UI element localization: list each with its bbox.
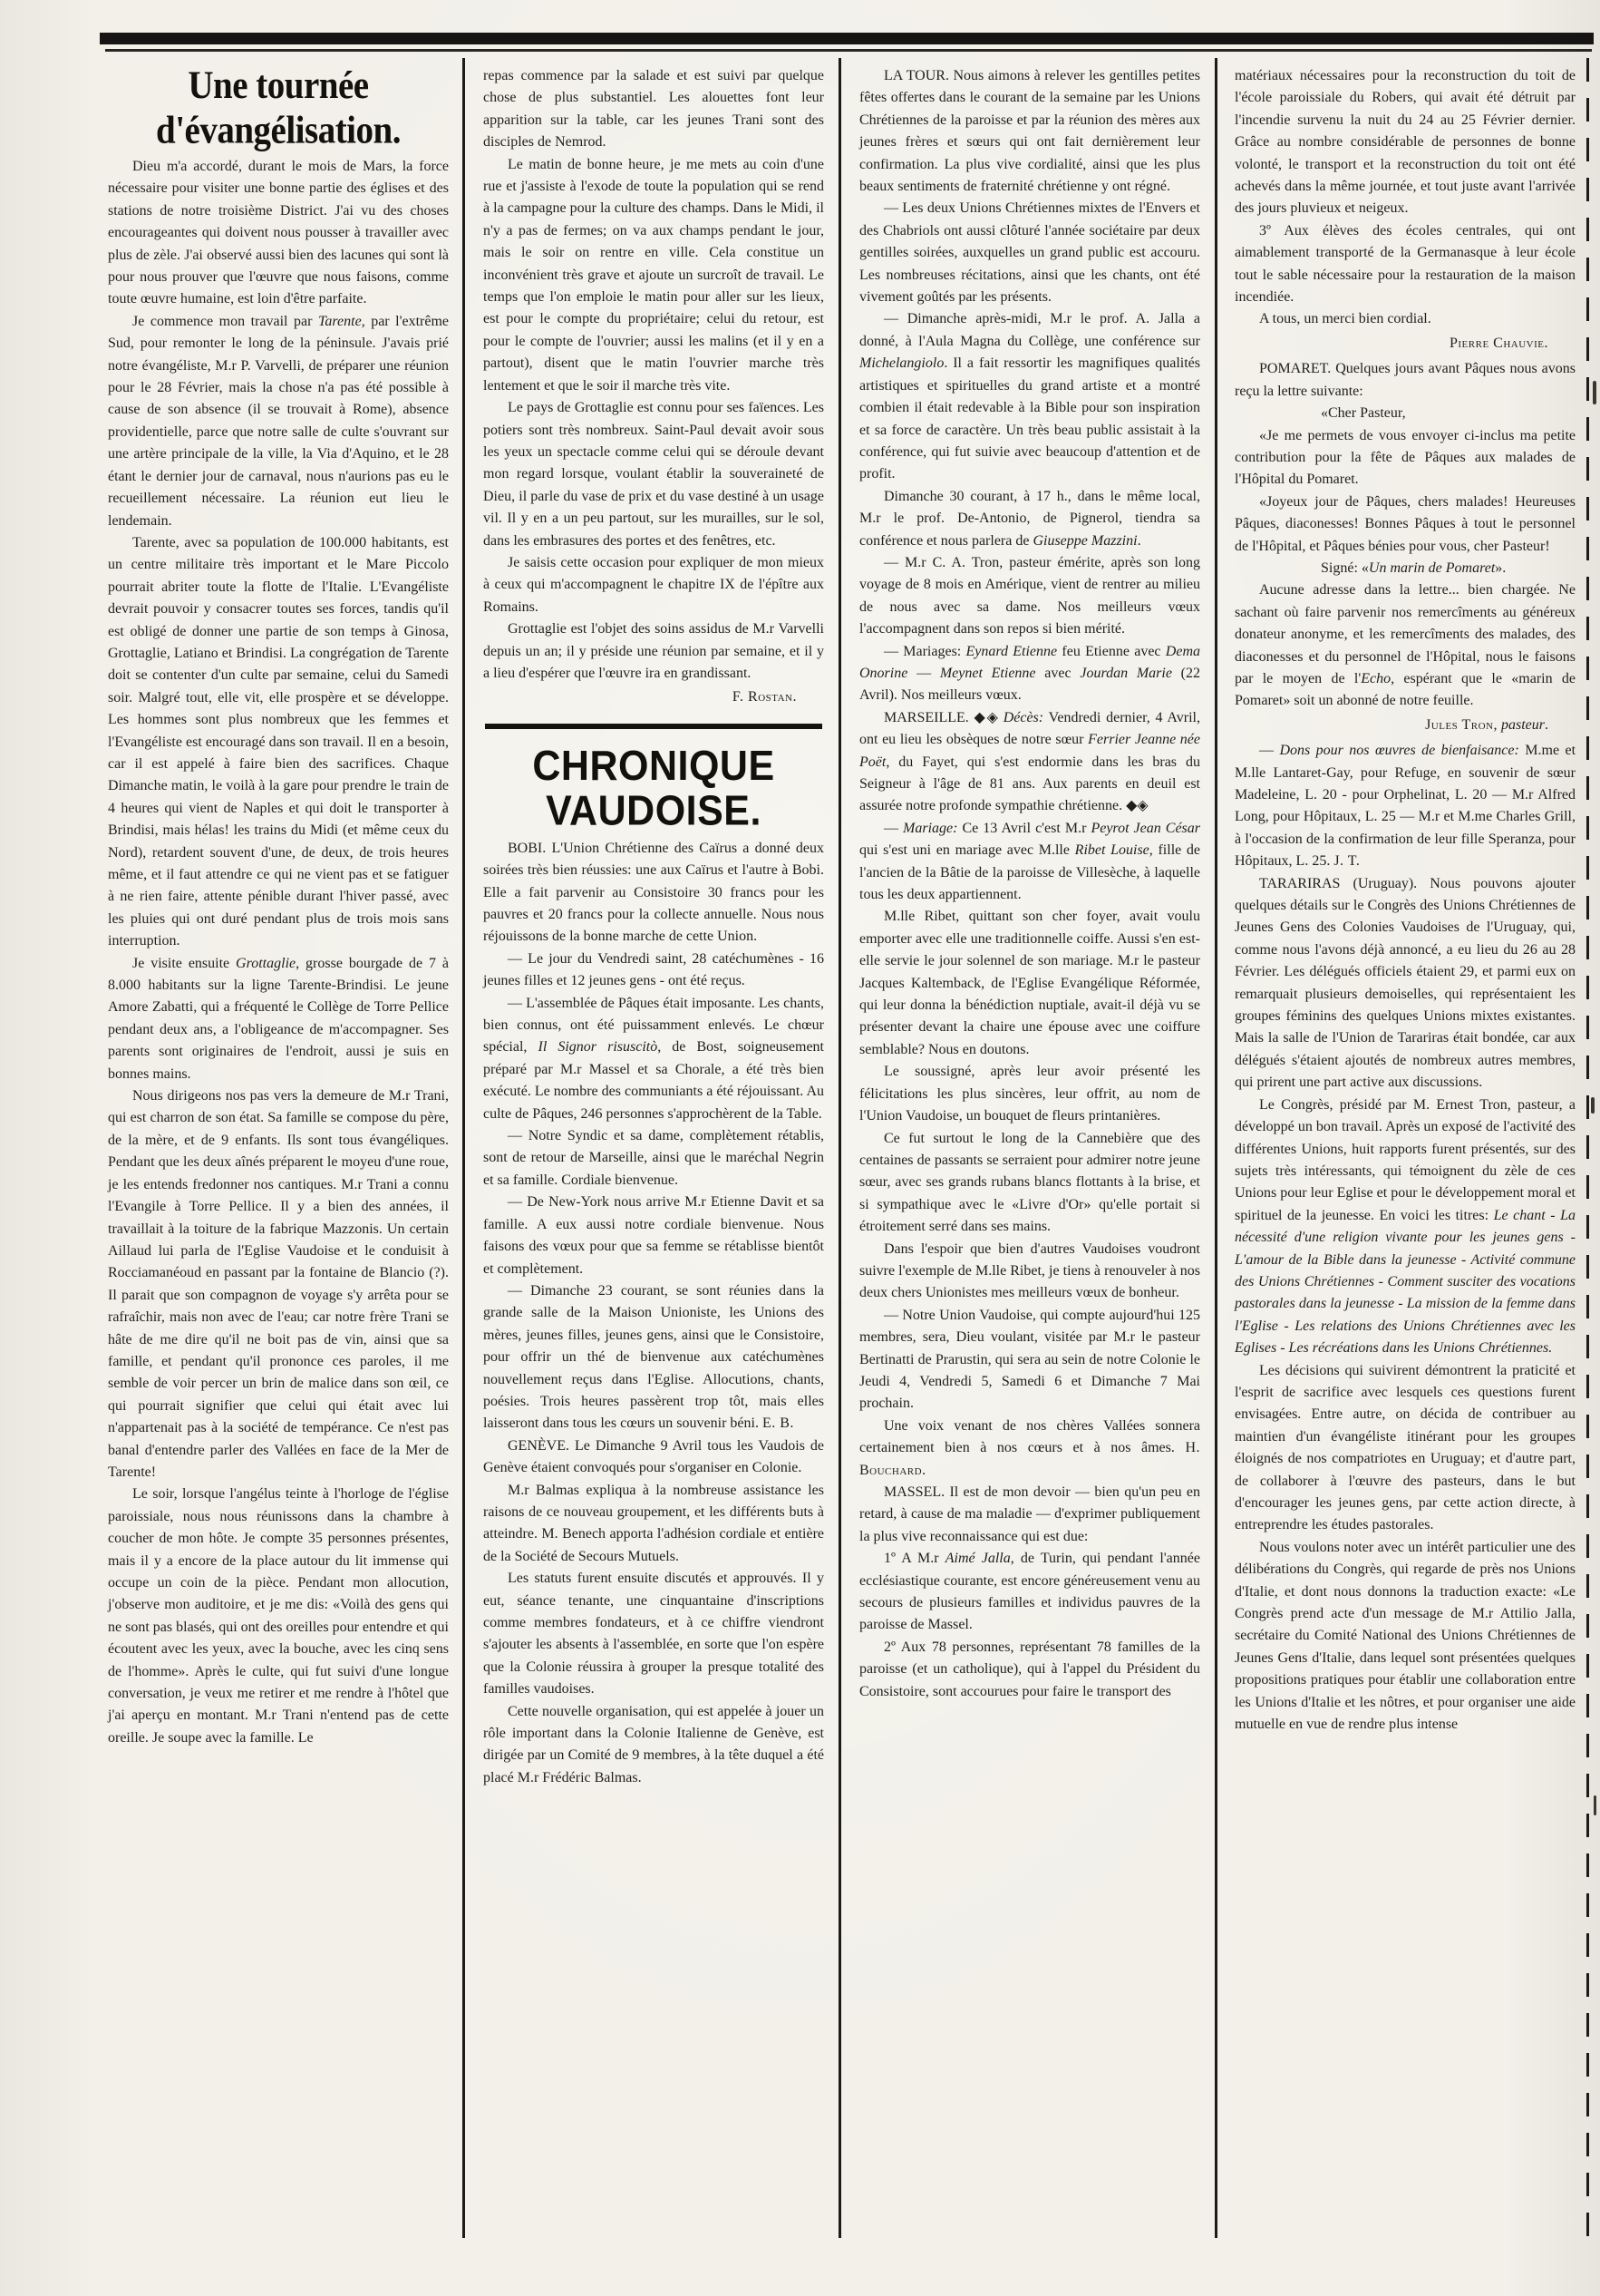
paragraph: BOBI. L'Union Chrétienne des Caïrus a do… [483, 838, 824, 949]
paragraph: TARARIRAS (Uruguay). Nous pouvons ajoute… [1235, 873, 1576, 1094]
paragraph: Nous voulons noter avec un intérêt parti… [1235, 1537, 1576, 1737]
scan-artifact [1594, 1795, 1596, 1815]
paragraph: 2º Aux 78 personnes, représentant 78 fam… [859, 1637, 1200, 1703]
scan-artifact [1593, 381, 1596, 404]
paragraph: «Je me permets de vous envoyer ci-inclus… [1235, 425, 1576, 491]
paragraph: Je saisis cette occasion pour expliquer … [483, 552, 824, 618]
paragraph: — Notre Syndic et sa dame, complètement … [483, 1125, 824, 1192]
paragraph: A tous, un merci bien cordial. [1235, 308, 1576, 330]
column-4: matériaux nécessaires pour la reconstruc… [1235, 65, 1576, 1736]
paragraph: Dimanche 30 courant, à 17 h., dans le mê… [859, 486, 1200, 552]
section-heading: CHRONIQUE VAUDOISE. [483, 744, 824, 833]
section: CHRONIQUE VAUDOISE. [483, 724, 824, 827]
paragraph: MARSEILLE. ◆◈ Décès: Vendredi dernier, 4… [859, 707, 1200, 818]
article-title: Une tournée d'évangélisation. [108, 63, 449, 153]
paragraph: LA TOUR. Nous aimons à relever les genti… [859, 65, 1200, 198]
masthead-rule-thin [105, 49, 1592, 52]
paragraph: — M.r C. A. Tron, pasteur émérite, après… [859, 552, 1200, 641]
paragraph: — De New-York nous arrive M.r Etienne Da… [483, 1192, 824, 1280]
newspaper-page: Une tournée d'évangélisation.Dieu m'a ac… [0, 0, 1600, 2296]
paragraph: Le Congrès, présidé par M. Ernest Tron, … [1235, 1094, 1576, 1360]
paragraph: Le matin de bonne heure, je me mets au c… [483, 154, 824, 397]
paragraph: M.r Balmas expliqua à la nombreuse assis… [483, 1480, 824, 1569]
paragraph: matériaux nécessaires pour la reconstruc… [1235, 65, 1576, 220]
paragraph: Le soir, lorsque l'angélus teinte à l'ho… [108, 1484, 449, 1749]
paragraph: Dans l'espoir que bien d'autres Vaudoise… [859, 1239, 1200, 1305]
paragraph: — L'assemblée de Pâques était imposante.… [483, 993, 824, 1125]
paragraph: Tarente, avec sa population de 100.000 h… [108, 532, 449, 953]
paragraph: GENÈVE. Le Dimanche 9 Avril tous les Vau… [483, 1435, 824, 1480]
paragraph: — Mariages: Eynard Etienne feu Etienne a… [859, 641, 1200, 707]
column-3: LA TOUR. Nous aimons à relever les genti… [859, 65, 1200, 1703]
signature: Jules Tron, pasteur. [1235, 715, 1548, 736]
paragraph: Une voix venant de nos chères Vallées so… [859, 1416, 1200, 1482]
column-divider-3 [1215, 58, 1217, 2238]
paragraph: Le soussigné, après leur avoir présenté … [859, 1061, 1200, 1127]
signature: Pierre Chauvie. [1235, 333, 1548, 355]
column-2: repas commence par la salade et est suiv… [483, 65, 824, 1789]
paragraph: — Dimanche après-midi, M.r le prof. A. J… [859, 308, 1200, 485]
signature: F. Rostan. [483, 686, 797, 708]
paragraph: «Cher Pasteur, [1235, 403, 1576, 424]
paragraph: Nous dirigeons nos pas vers la demeure d… [108, 1085, 449, 1484]
scan-artifact [1591, 1097, 1595, 1114]
paragraph: Le pays de Grottaglie est connu pour ses… [483, 397, 824, 552]
column-1: Une tournée d'évangélisation.Dieu m'a ac… [108, 60, 449, 1749]
paragraph: repas commence par la salade et est suiv… [483, 65, 824, 154]
paragraph: Aucune adresse dans la lettre... bien ch… [1235, 579, 1576, 712]
column-divider-2 [839, 58, 841, 2238]
paragraph: Je visite ensuite Grottaglie, grosse bou… [108, 953, 449, 1085]
masthead-rule-thick [100, 33, 1594, 44]
paragraph: «Joyeux jour de Pâques, chers malades! H… [1235, 491, 1576, 558]
paragraph: MASSEL. Il est de mon devoir — bien qu'u… [859, 1482, 1200, 1548]
paragraph: 3º Aux élèves des écoles centrales, qui … [1235, 220, 1576, 309]
paragraph: Ce fut surtout le long de la Cannebière … [859, 1128, 1200, 1239]
paragraph: Les décisions qui suivirent démontrent l… [1235, 1360, 1576, 1537]
paragraph: — Les deux Unions Chrétiennes mixtes de … [859, 198, 1200, 308]
paragraph: Je commence mon travail par Tarente, par… [108, 311, 449, 532]
paragraph: — Dons pour nos œuvres de bienfaisance: … [1235, 740, 1576, 872]
paragraph: 1º A M.r Aimé Jalla, de Turin, qui penda… [859, 1548, 1200, 1637]
section-rule [485, 724, 822, 729]
paragraph: Signé: «Un marin de Pomaret». [1235, 558, 1576, 579]
paragraph: M.lle Ribet, quittant son cher foyer, av… [859, 906, 1200, 1061]
paragraph: — Dimanche 23 courant, se sont réunies d… [483, 1280, 824, 1435]
paragraph: — Le jour du Vendredi saint, 28 catéchum… [483, 949, 824, 993]
paragraph: Grottaglie est l'objet des soins assidus… [483, 618, 824, 685]
page-right-edge-rule [1586, 58, 1589, 2238]
paragraph: POMARET. Quelques jours avant Pâques nou… [1235, 358, 1576, 403]
paragraph: Cette nouvelle organisation, qui est app… [483, 1701, 824, 1790]
column-divider-1 [462, 58, 465, 2238]
paragraph: — Notre Union Vaudoise, qui compte aujou… [859, 1305, 1200, 1416]
paragraph: — Mariage: Ce 13 Avril c'est M.r Peyrot … [859, 818, 1200, 907]
paragraph: Les statuts furent ensuite discutés et a… [483, 1568, 824, 1700]
paragraph: Dieu m'a accordé, durant le mois de Mars… [108, 156, 449, 311]
